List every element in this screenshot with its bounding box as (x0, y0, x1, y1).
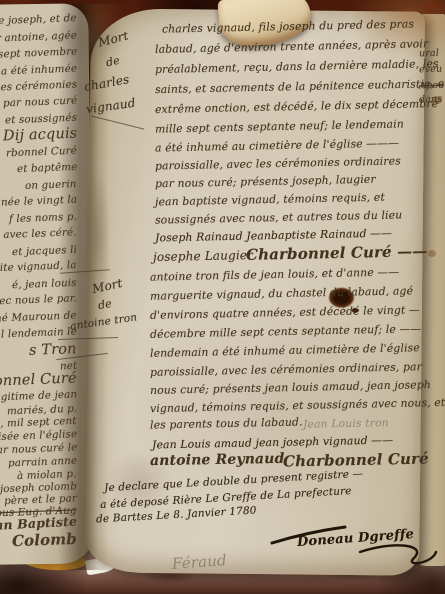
manuscript-line: extrême onction, est décédé, le dix sept… (155, 97, 438, 116)
manuscript-line: vignaud, témoins requis, et soussignés a… (150, 396, 445, 415)
manuscript-line: lendemain a été inhumé au cimetière de l… (150, 341, 420, 360)
manuscript-line: antoine tron fils de jean louis, et d'an… (150, 265, 400, 283)
manuscript-line: saints, et sacrements de la pénitence eu… (155, 77, 445, 96)
manuscript-line: paroissialle, avec les cérémonies ordina… (155, 154, 401, 172)
manuscript-line: jean baptiste vignaud, témoins requis, e… (155, 191, 385, 209)
manuscript-line: légitime de jean (0, 388, 77, 403)
manuscript-line: décembre mille sept cents septante neuf;… (150, 322, 422, 341)
manuscript-line: paroissialle, avec les cérémonies ordina… (150, 360, 422, 379)
edge-fragment: dans (419, 94, 443, 106)
manuscript-line: préalablement, reçu, dans la dernière ma… (155, 57, 439, 76)
manuscript-line: r antoine, agée (0, 29, 77, 44)
manuscript-line: nous curé; présents jean louis amaud, je… (150, 378, 431, 397)
signature-row-rainaud: Joseph Rainaud Jeanbaptiste Rainaud —— (155, 227, 392, 245)
manuscript-line: marguerite vignaud, du chastel du labaud… (150, 284, 413, 303)
manuscript-line: a été inhumé au cimetière de l'église ——… (155, 136, 399, 154)
manuscript-line: et baptême (16, 161, 77, 175)
manuscript-line: é, jean louis (12, 277, 77, 291)
margin-note-word: vignaud (85, 96, 136, 117)
edge-fragment: eveu (419, 64, 443, 76)
margin-note-word: antoine tron (69, 311, 137, 332)
manuscript-line: a été inhumée (1, 63, 78, 78)
manuscript-line: charles vignaud, fils joseph du pred des… (162, 17, 414, 35)
signature-row-amaud-vignaud: Jean Louis amaud jean joseph vignaud —— (152, 433, 393, 451)
signature-antoine-reynaud: antoine Reynaud (150, 451, 285, 469)
book-photo: lle de joseph, et de r antoine, agée sep… (0, 0, 445, 594)
manuscript-line: tes avec les céré. (0, 226, 77, 242)
manuscript-line: d'environs quatre années, est décédé le … (150, 303, 420, 322)
manuscript-line: lle de joseph, et de (0, 12, 77, 28)
manuscript-line: rbonnel Curé (6, 145, 77, 160)
manuscript-line: par nous curé (2, 95, 77, 110)
manuscript-line: Dij acquis (2, 126, 77, 145)
edge-fragment: ural (419, 48, 439, 60)
signature-feraud: Féraud (171, 551, 227, 573)
margin-flourish (91, 115, 145, 129)
manuscript-line: née le vingt la (1, 194, 78, 209)
bottom-left-corner-shadow (0, 548, 85, 594)
manuscript-line: f les noms p. (9, 211, 77, 226)
rust-spot (424, 2, 440, 12)
manuscript-line: avec nous le par. (0, 292, 77, 307)
signature-colomb: Colomb (12, 530, 78, 550)
margin-note-word: charles (83, 72, 130, 94)
manuscript-line: né Mauroun de (0, 309, 77, 324)
manuscript-line: on guerin (25, 178, 77, 192)
edge-speckle (428, 250, 436, 257)
manuscript-line: labaud, agé d'environ trente années, apr… (155, 37, 428, 56)
margin-note-word: de (105, 54, 121, 70)
manuscript-line: parrain anne (8, 455, 78, 470)
manuscript-line: et jacques li (12, 244, 77, 258)
manuscript-line: onnel Curé (0, 370, 77, 389)
manuscript-line: les parents tous du labaud. (150, 415, 303, 431)
manuscript-line: sept novembre (0, 45, 77, 60)
edge-fragment-struck: Apou (419, 80, 445, 92)
margin-note-word: Mort (97, 28, 130, 49)
white-page-sliver (85, 556, 117, 576)
manuscript-line: et soussignés (5, 112, 77, 127)
signature-jean-louis-tron: Jean Louis tron (303, 416, 389, 431)
gilt-page-edge (22, 549, 87, 571)
signature-josephe-laugier: josephe Laugier (153, 248, 253, 264)
signature-flourish (268, 514, 440, 576)
manuscript-line: par nous curé; présents joseph, laugier (155, 173, 376, 191)
manuscript-line: mille sept cents septante neuf; le lende… (155, 117, 404, 135)
manuscript-line: s Tron (29, 341, 77, 359)
margin-note-word: Mort (91, 276, 124, 296)
signature-charbonnel-cure: Charbonnel Curé —— (246, 242, 428, 264)
manuscript-line: soussignés avec nous, et autres tous du … (155, 208, 403, 226)
margin-note-word: de (97, 297, 113, 312)
manuscript-line: les cérémonies (0, 78, 77, 93)
